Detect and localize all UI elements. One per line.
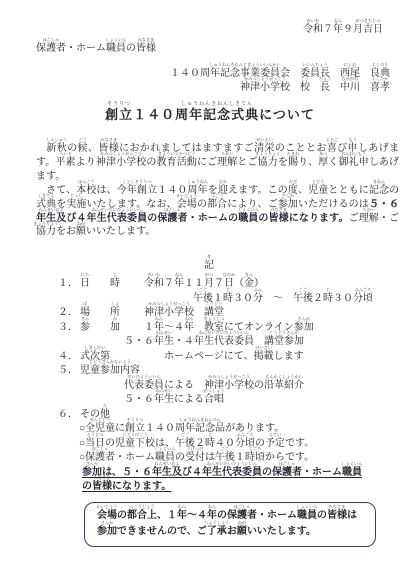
item-number: １． (58, 277, 80, 292)
details-list: １． 日にち 時じ 令和れいわ７年ねん１１月がつ７日なのか（金きん） 午後ごご１… (0, 277, 420, 495)
item-label-datetime: 日にち 時じ (80, 277, 144, 292)
item-value-chorus: ５・６年生ねんせいによる合唱がっしょう (0, 393, 420, 408)
participation-underline-note: 参加さんかは、５・６年生及ねんせいおよび４年生代表委員ねんせいだいひょういいんの… (82, 466, 368, 495)
item-number: ２． (58, 306, 80, 321)
other-note-dismissal: ○当日とうじつの児童下校じどうげこうは、午後ごご２時じ４０分頃ふんごろの予定よて… (0, 437, 420, 452)
item-number: ６． (58, 408, 80, 423)
list-item-other: ６． その他た (58, 408, 420, 423)
item-value-hall: ５・６年生ねんせい・４年生代表委員ねんせいだいひょういいん 講堂参加こうどうさん… (0, 335, 420, 350)
document-date: 令和れいわ７年ねん９月吉日がつきちじつ (303, 23, 383, 37)
document-page: 令和れいわ７年ねん９月吉日がつきちじつ 保護者ほごしゃ・ホーム職員しょくいんの皆… (0, 0, 420, 575)
addressee-line: 保護者ほごしゃ・ホーム職員しょくいんの皆様みなさま (36, 42, 156, 56)
sender-principal: 神津小学校かみつしょうがっこう 校こう 長ちょう 中川なかがわ 喜孝よしたか (170, 81, 390, 95)
item-number: ５． (58, 364, 80, 379)
sender-block: １４０周年記念事業委員会しゅうねんきねんじぎょういいんかい 委員長いいんちょう … (170, 67, 390, 95)
item-number: ４． (58, 350, 80, 365)
item-value-program: ホームページにて、掲載けいさいします (144, 350, 420, 365)
document-title: 創立そうりつ１４０周年記念式典しゅうねんきねんしきてんについて (0, 108, 420, 122)
record-heading: 記き (0, 259, 420, 273)
item-label-participation: 参さん 加か (80, 321, 144, 336)
item-number: ３． (58, 321, 80, 336)
greeting-paragraph: 新秋しんしゅうの候こう、皆様みなさまにおかれましてはますますご清栄せいえいのこと… (36, 142, 399, 183)
main-paragraph: さて、本校ほんこうは、今年創立ことしそうりつ１４０周年しゅうねんを迎むかえます。… (36, 184, 399, 239)
notice-box: 会場かいじょうの都合上つごうじょう、１年ねん～４年ねんの保護者ほごしゃ・ホーム職… (84, 502, 376, 547)
main-paragraph-lead: さて、本校ほんこうは、今年創立ことしそうりつ１４０周年しゅうねんを迎むかえます。… (36, 185, 399, 210)
notice-text: 会場かいじょうの都合上つごうじょう、１年ねん～４年ねんの保護者ほごしゃ・ホーム職… (97, 508, 363, 540)
item-value-date: 令和れいわ７年ねん１１月がつ７日なのか（金きん） (144, 277, 420, 292)
